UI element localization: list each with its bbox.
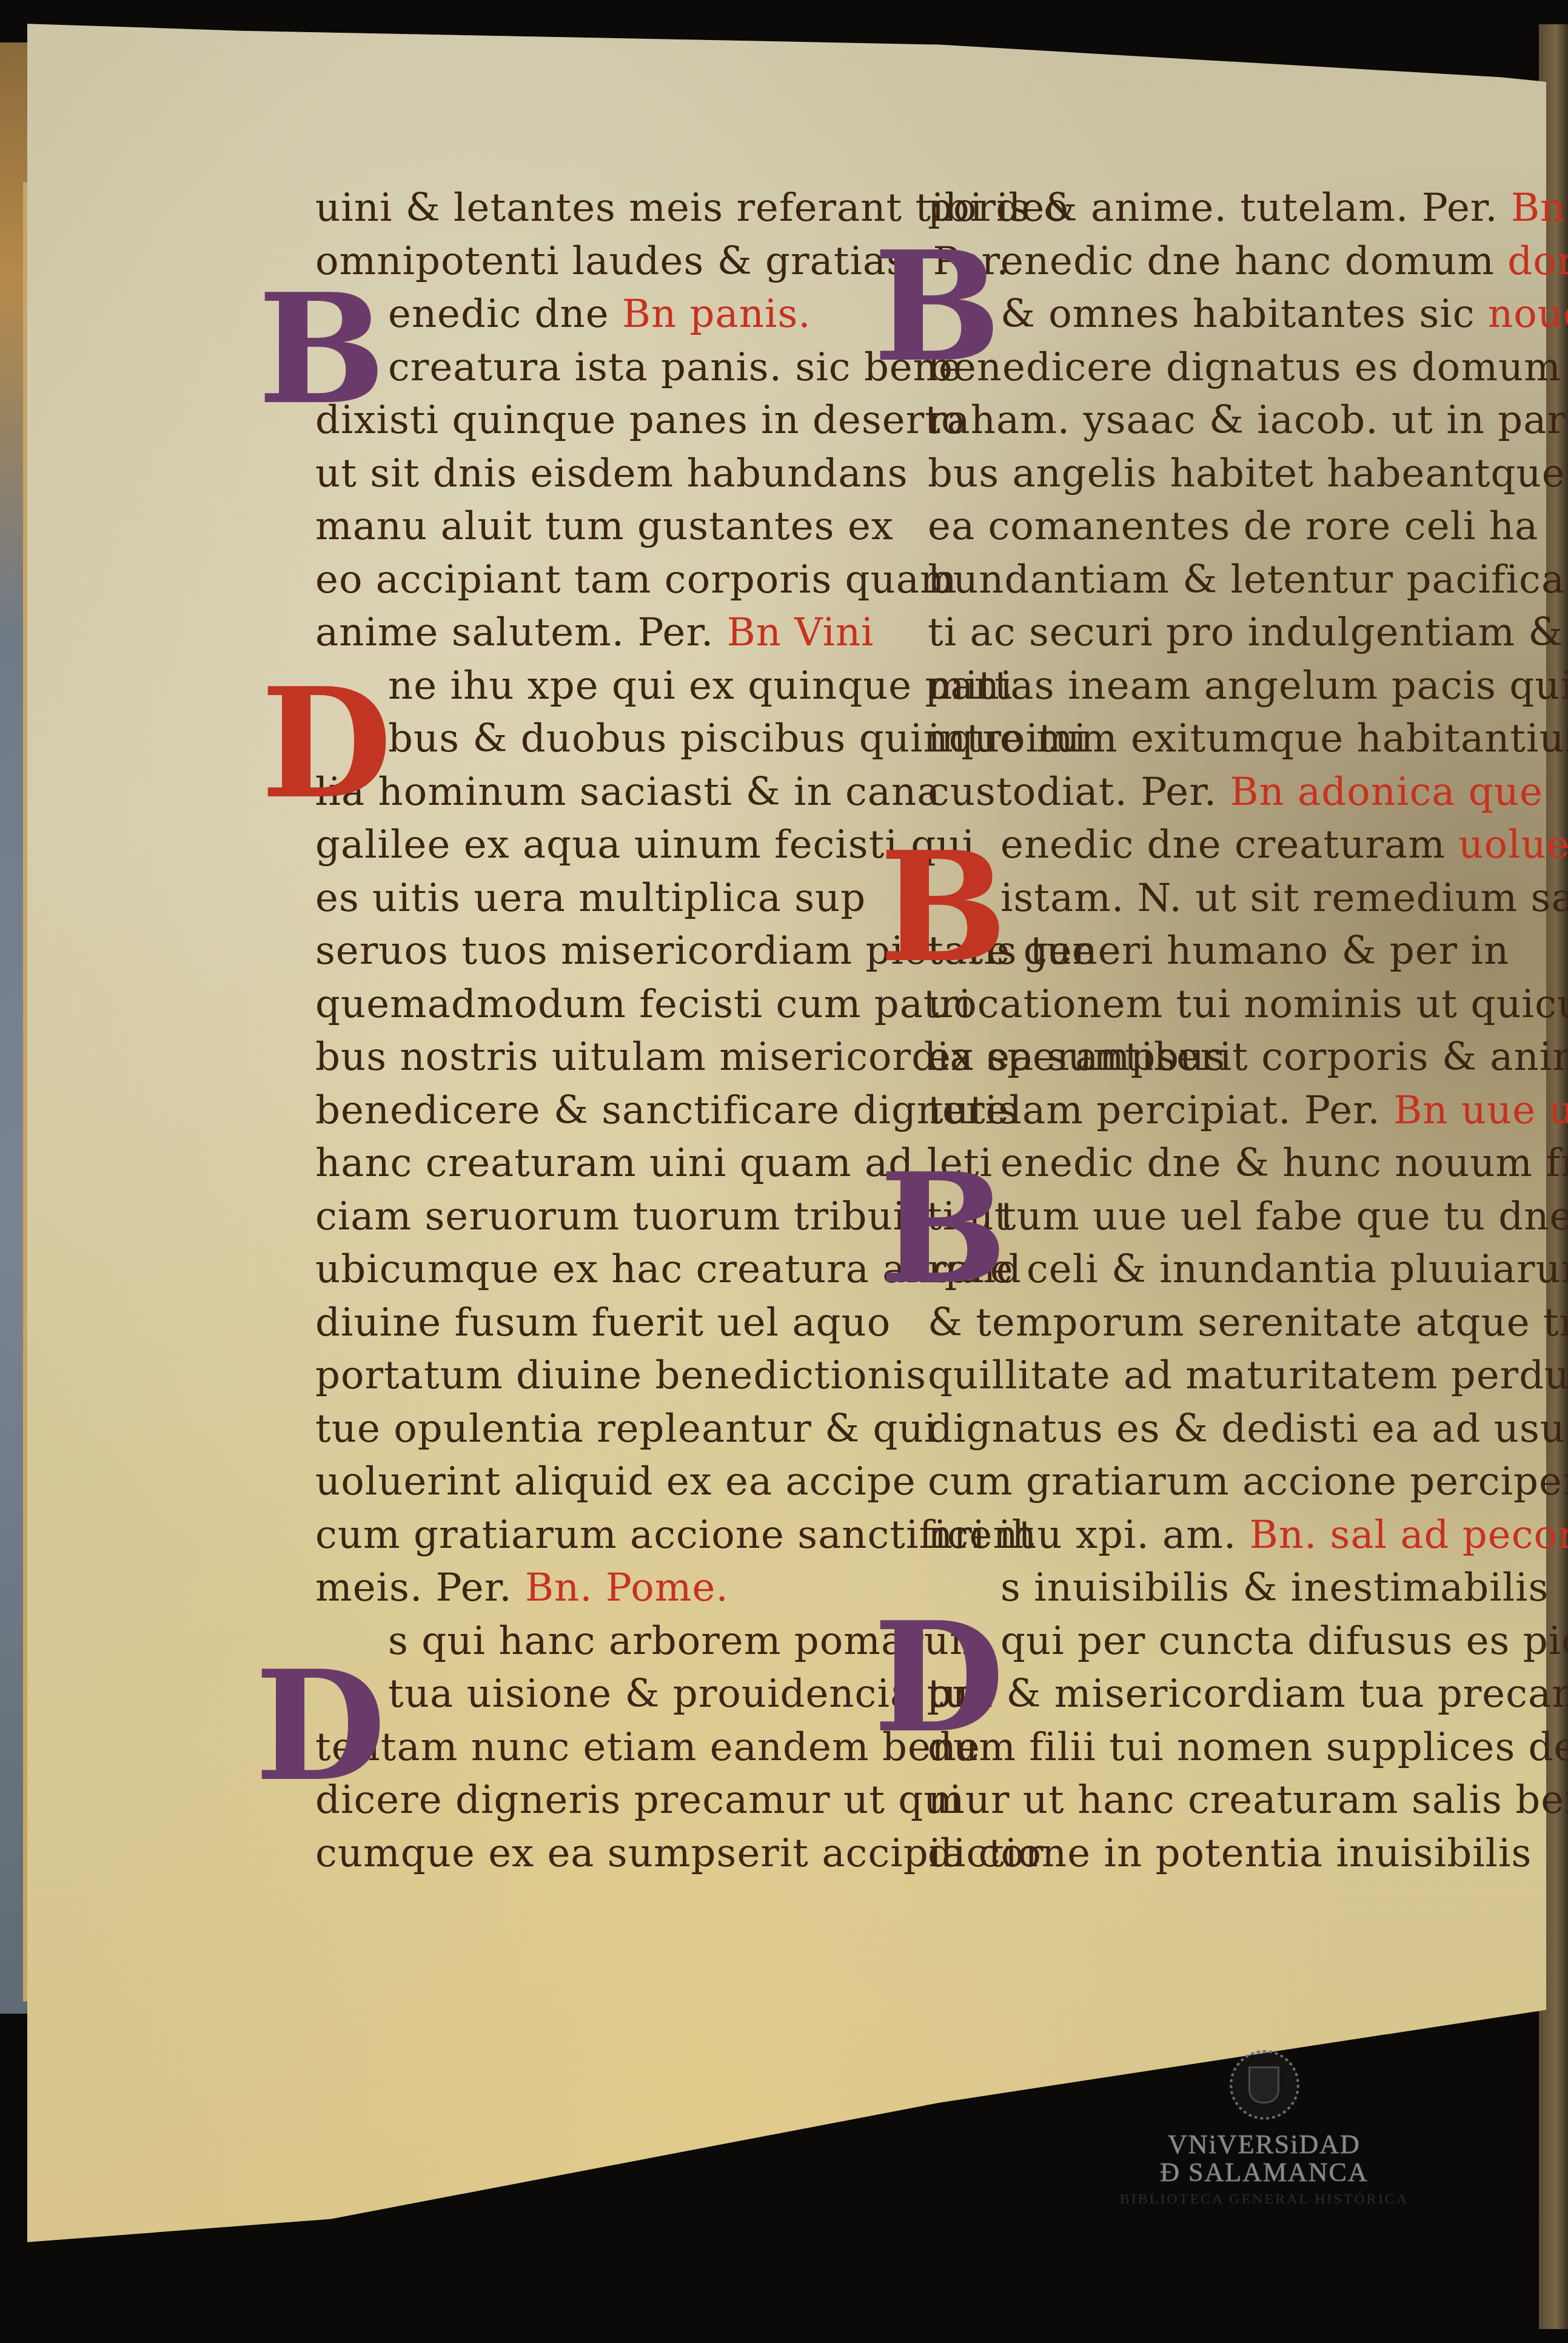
text-line: dixisti quinque panes in deserto <box>315 394 843 448</box>
initial-letter: D <box>873 1601 1005 1753</box>
text-line: meis. Per. Bn. Pome. <box>315 1562 843 1615</box>
text-line: rore celi & inundantia pluuiarum <box>928 1243 1473 1297</box>
watermark-library-name: BIBLIOTECA GENERAL HISTÓRICA <box>1113 2191 1416 2208</box>
initial-letter: B <box>879 1152 1007 1304</box>
text-line: uocationem tui nominis ut quicumque <box>928 978 1473 1032</box>
text-line: portatum diuine benedictionis <box>315 1350 843 1403</box>
text-line: cumque ex ea sumpserit accipia cor <box>315 1827 843 1881</box>
library-watermark: VNiVERSiDAD Đ SALAMANCA BIBLIOTECA GENER… <box>1113 2050 1416 2208</box>
text-line: dum filii tui nomen supplices depreca <box>928 1721 1473 1775</box>
watermark-university-line1: VNiVERSiDAD <box>1113 2131 1416 2159</box>
text-line: benedicere & sanctificare digneris <box>315 1084 843 1138</box>
text-line: s inuisibilis & inestimabilis <box>928 1562 1473 1615</box>
text-line: diuine fusum fuerit uel aquo <box>315 1297 843 1350</box>
rubric: Bn. sal ad pecora <box>1250 1513 1568 1558</box>
text-line: eo accipiant tam corporis quam <box>315 554 843 607</box>
text-line: ut sit dnis eisdem habundans <box>315 448 843 501</box>
text-line: omnipotenti laudes & gratias. Per. <box>315 235 843 289</box>
text-line: tutelam percipiat. Per. Bn uue uel fabe <box>928 1084 1473 1138</box>
initial-letter: B <box>258 273 386 425</box>
text-line: tua & misericordiam tua precamur & trem <box>928 1668 1473 1721</box>
text-line: tum uue uel fabe que tu dne <box>928 1191 1473 1244</box>
text-line: dignatus es & dedisti ea ad usus nostros <box>928 1403 1473 1456</box>
right-column: poris & anime. tutelam. Per. Bn enedic d… <box>928 182 1473 1880</box>
text-line: mittas ineam angelum pacis qui <box>928 660 1473 713</box>
text-line: qui per cuncta difusus es pietate <box>928 1615 1473 1669</box>
text-line: hanc creaturam uini quam ad leti <box>315 1137 843 1191</box>
initial-letter: B <box>873 230 1001 382</box>
text-line: nri ihu xpi. am. Bn. sal ad pecora <box>928 1509 1473 1562</box>
text-line: enedic dne creaturam uolueris <box>928 819 1473 872</box>
text-line: enedic dne hanc domum domus <box>928 235 1473 289</box>
text-line: ex ea sumpserit corporis & anime <box>928 1031 1473 1084</box>
text-line: seruos tuos misericordiam pietatis tue <box>315 925 843 978</box>
text-line: bus nostris uitulam misericordia sperant… <box>315 1031 843 1084</box>
text-line: tue opulentia repleantur & qui <box>315 1403 843 1456</box>
initial-letter: B <box>879 831 1007 983</box>
text-line: ti ac securi pro indulgentiam & i <box>928 607 1473 660</box>
text-line: creatura ista panis. sic bene <box>315 341 843 395</box>
left-column: uini & letantes meis referant tibi deo o… <box>315 182 843 1880</box>
text-line: custodiat. Per. Bn adonica que <box>928 766 1473 819</box>
text-line: bus & duobus piscibus quinque mi <box>315 713 843 766</box>
rubric: Bn Vini <box>727 610 874 655</box>
text-line: dictione in potentia inuisibilis <box>928 1827 1473 1881</box>
text-line: & temporum serenitate atque tran <box>928 1297 1473 1350</box>
text-line: cum gratiarum accione percipere in nomin… <box>928 1456 1473 1509</box>
text-line: ubicumque ex hac creatura aliquid <box>315 1243 843 1297</box>
rubric: uolueris <box>1458 822 1568 867</box>
text-line: ne ihu xpe qui ex quinque pani <box>315 660 843 713</box>
text-line: bus angelis habitet habeantque i <box>928 448 1473 501</box>
university-seal-icon <box>1230 2050 1299 2120</box>
rubric: domus <box>1507 239 1568 284</box>
text-line: uoluerint aliquid ex ea accipe <box>315 1456 843 1509</box>
text-line: tentam nunc etiam eandem bene <box>315 1721 843 1775</box>
text-line: dicere digneris precamur ut qui <box>315 1774 843 1827</box>
text-line: poris & anime. tutelam. Per. Bn <box>928 182 1473 235</box>
text-line: tua uisione & prouidencia pro <box>315 1668 843 1721</box>
text-line: ea comanentes de rore celi ha <box>928 500 1473 554</box>
rubric: Bn panis. <box>622 292 811 337</box>
initial-letter: D <box>255 1650 386 1801</box>
text-line: anime salutem. Per. Bn Vini <box>315 607 843 660</box>
text-line: quillitate ad maturitatem perducere <box>928 1350 1473 1403</box>
text-line: quemadmodum fecisti cum patri <box>315 978 843 1032</box>
watermark-university-line2: Đ SALAMANCA <box>1113 2159 1416 2187</box>
text-line: cum gratiarum accione sanctificent <box>315 1509 843 1562</box>
text-line: ciam seruorum tuorum tribuisti ut <box>315 1191 843 1244</box>
text-line: uini & letantes meis referant tibi deo <box>315 182 843 235</box>
text-line: benedicere dignatus es domum ab <box>928 341 1473 395</box>
initial-letter: D <box>261 667 392 819</box>
text-line: introitum exitumque habitantium <box>928 713 1473 766</box>
text-line: lia hominum saciasti & in cana <box>315 766 843 819</box>
rubric: Bn adonica que <box>1230 770 1543 815</box>
text-line: & omnes habitantes sic noue <box>928 288 1473 341</box>
text-line: es uitis uera multiplica sup <box>315 872 843 926</box>
rubric: noue <box>1488 292 1568 337</box>
text-line: bundantiam & letentur pacifica <box>928 554 1473 607</box>
text-line: galilee ex aqua uinum fecisti qui <box>315 819 843 872</box>
text-line: istam. N. ut sit remedium salu <box>928 872 1473 926</box>
text-line: tare generi humano & per in <box>928 925 1473 978</box>
rubric: Bn uue uel fabe <box>1393 1088 1568 1133</box>
rubric: Bn. Pome. <box>525 1565 729 1610</box>
rubric: Bn <box>1511 186 1566 230</box>
text-line: mur ut hanc creaturam salis bene <box>928 1774 1473 1827</box>
text-line: manu aluit tum gustantes ex <box>315 500 843 554</box>
text-line: raham. ysaac & iacob. ut in parieti <box>928 394 1473 448</box>
text-line: s qui hanc arborem pomarum <box>315 1615 843 1669</box>
text-line: enedic dne & hunc nouum fruc <box>928 1137 1473 1191</box>
text-line: enedic dne Bn panis. <box>315 288 843 341</box>
